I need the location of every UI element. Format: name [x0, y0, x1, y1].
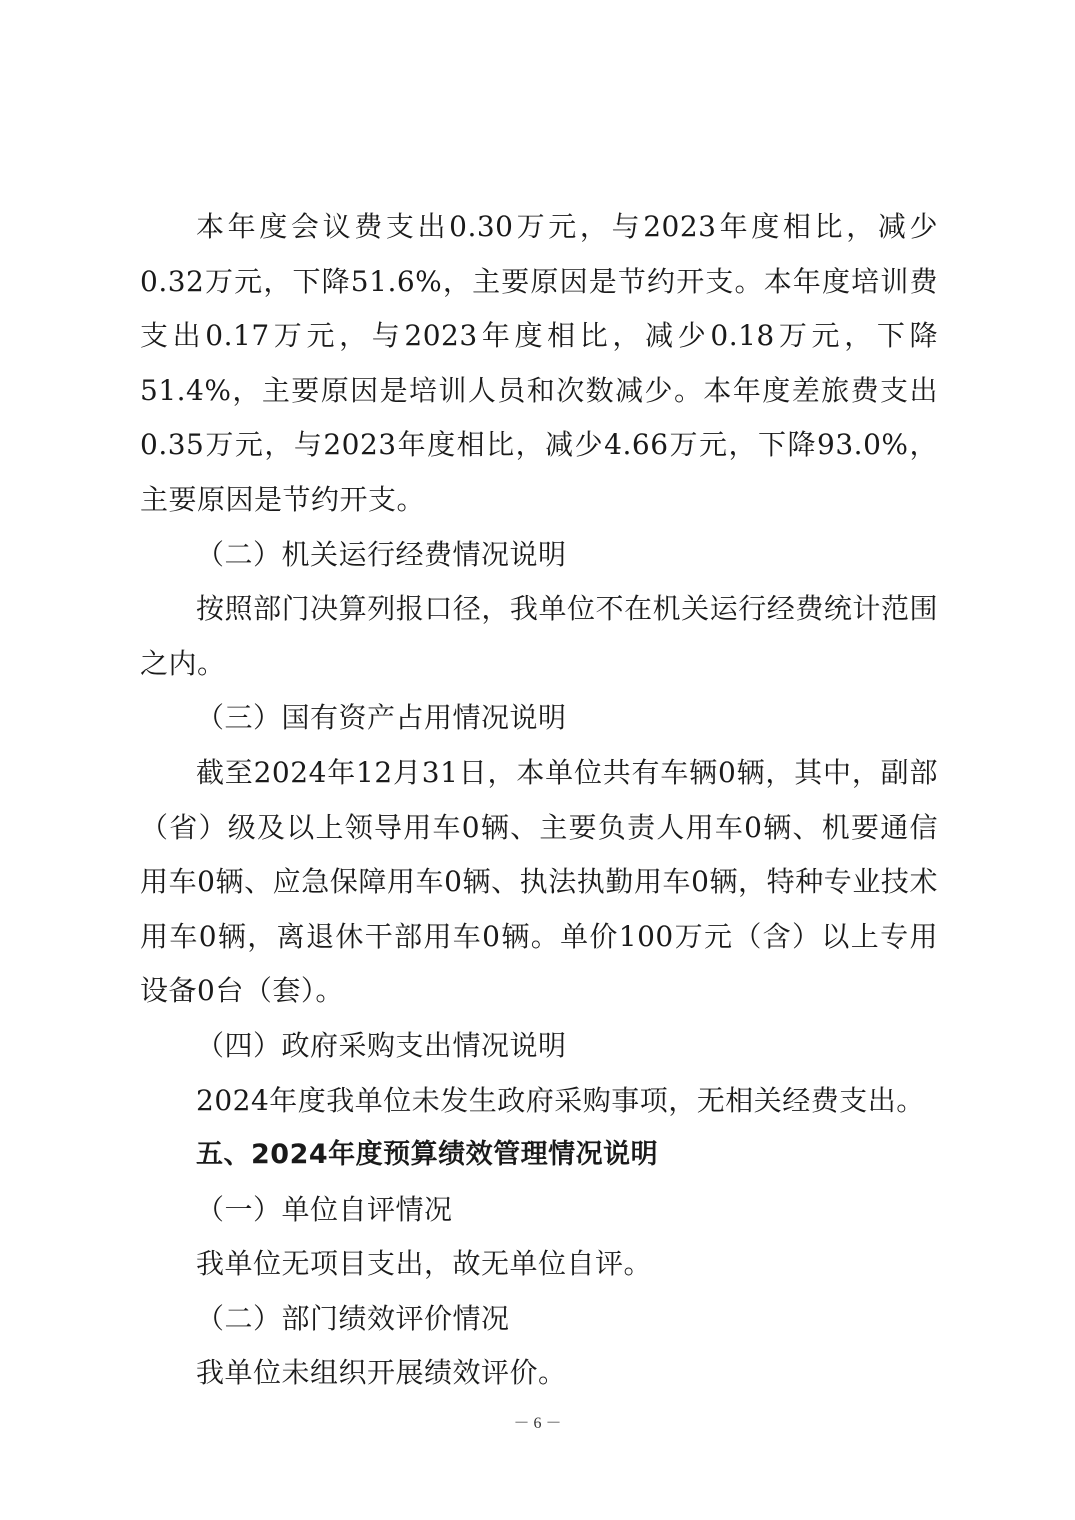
paragraph-department-evaluation: 我单位未组织开展绩效评价。: [140, 1346, 938, 1401]
subheading-self-evaluation: （一）单位自评情况: [140, 1183, 938, 1238]
subheading-state-assets: （三）国有资产占用情况说明: [140, 691, 938, 746]
paragraph-state-assets: 截至2024年12月31日，本单位共有车辆0辆，其中，副部（省）级及以上领导用车…: [140, 746, 938, 1019]
paragraph-self-evaluation: 我单位无项目支出，故无单位自评。: [140, 1237, 938, 1292]
paragraph-meeting-training-travel-expenses: 本年度会议费支出0.30万元，与2023年度相比，减少0.32万元，下降51.6…: [140, 200, 938, 528]
section-heading-performance-management: 五、2024年度预算绩效管理情况说明: [140, 1128, 938, 1183]
paragraph-operating-expenses: 按照部门决算列报口径，我单位不在机关运行经费统计范围之内。: [140, 582, 938, 691]
subheading-operating-expenses: （二）机关运行经费情况说明: [140, 528, 938, 583]
page-number: － 6 －: [0, 1410, 1075, 1433]
paragraph-government-procurement: 2024年度我单位未发生政府采购事项，无相关经费支出。: [140, 1074, 938, 1129]
subheading-department-evaluation: （二）部门绩效评价情况: [140, 1292, 938, 1347]
subheading-government-procurement: （四）政府采购支出情况说明: [140, 1019, 938, 1074]
document-page: 本年度会议费支出0.30万元，与2023年度相比，减少0.32万元，下降51.6…: [140, 200, 938, 1401]
